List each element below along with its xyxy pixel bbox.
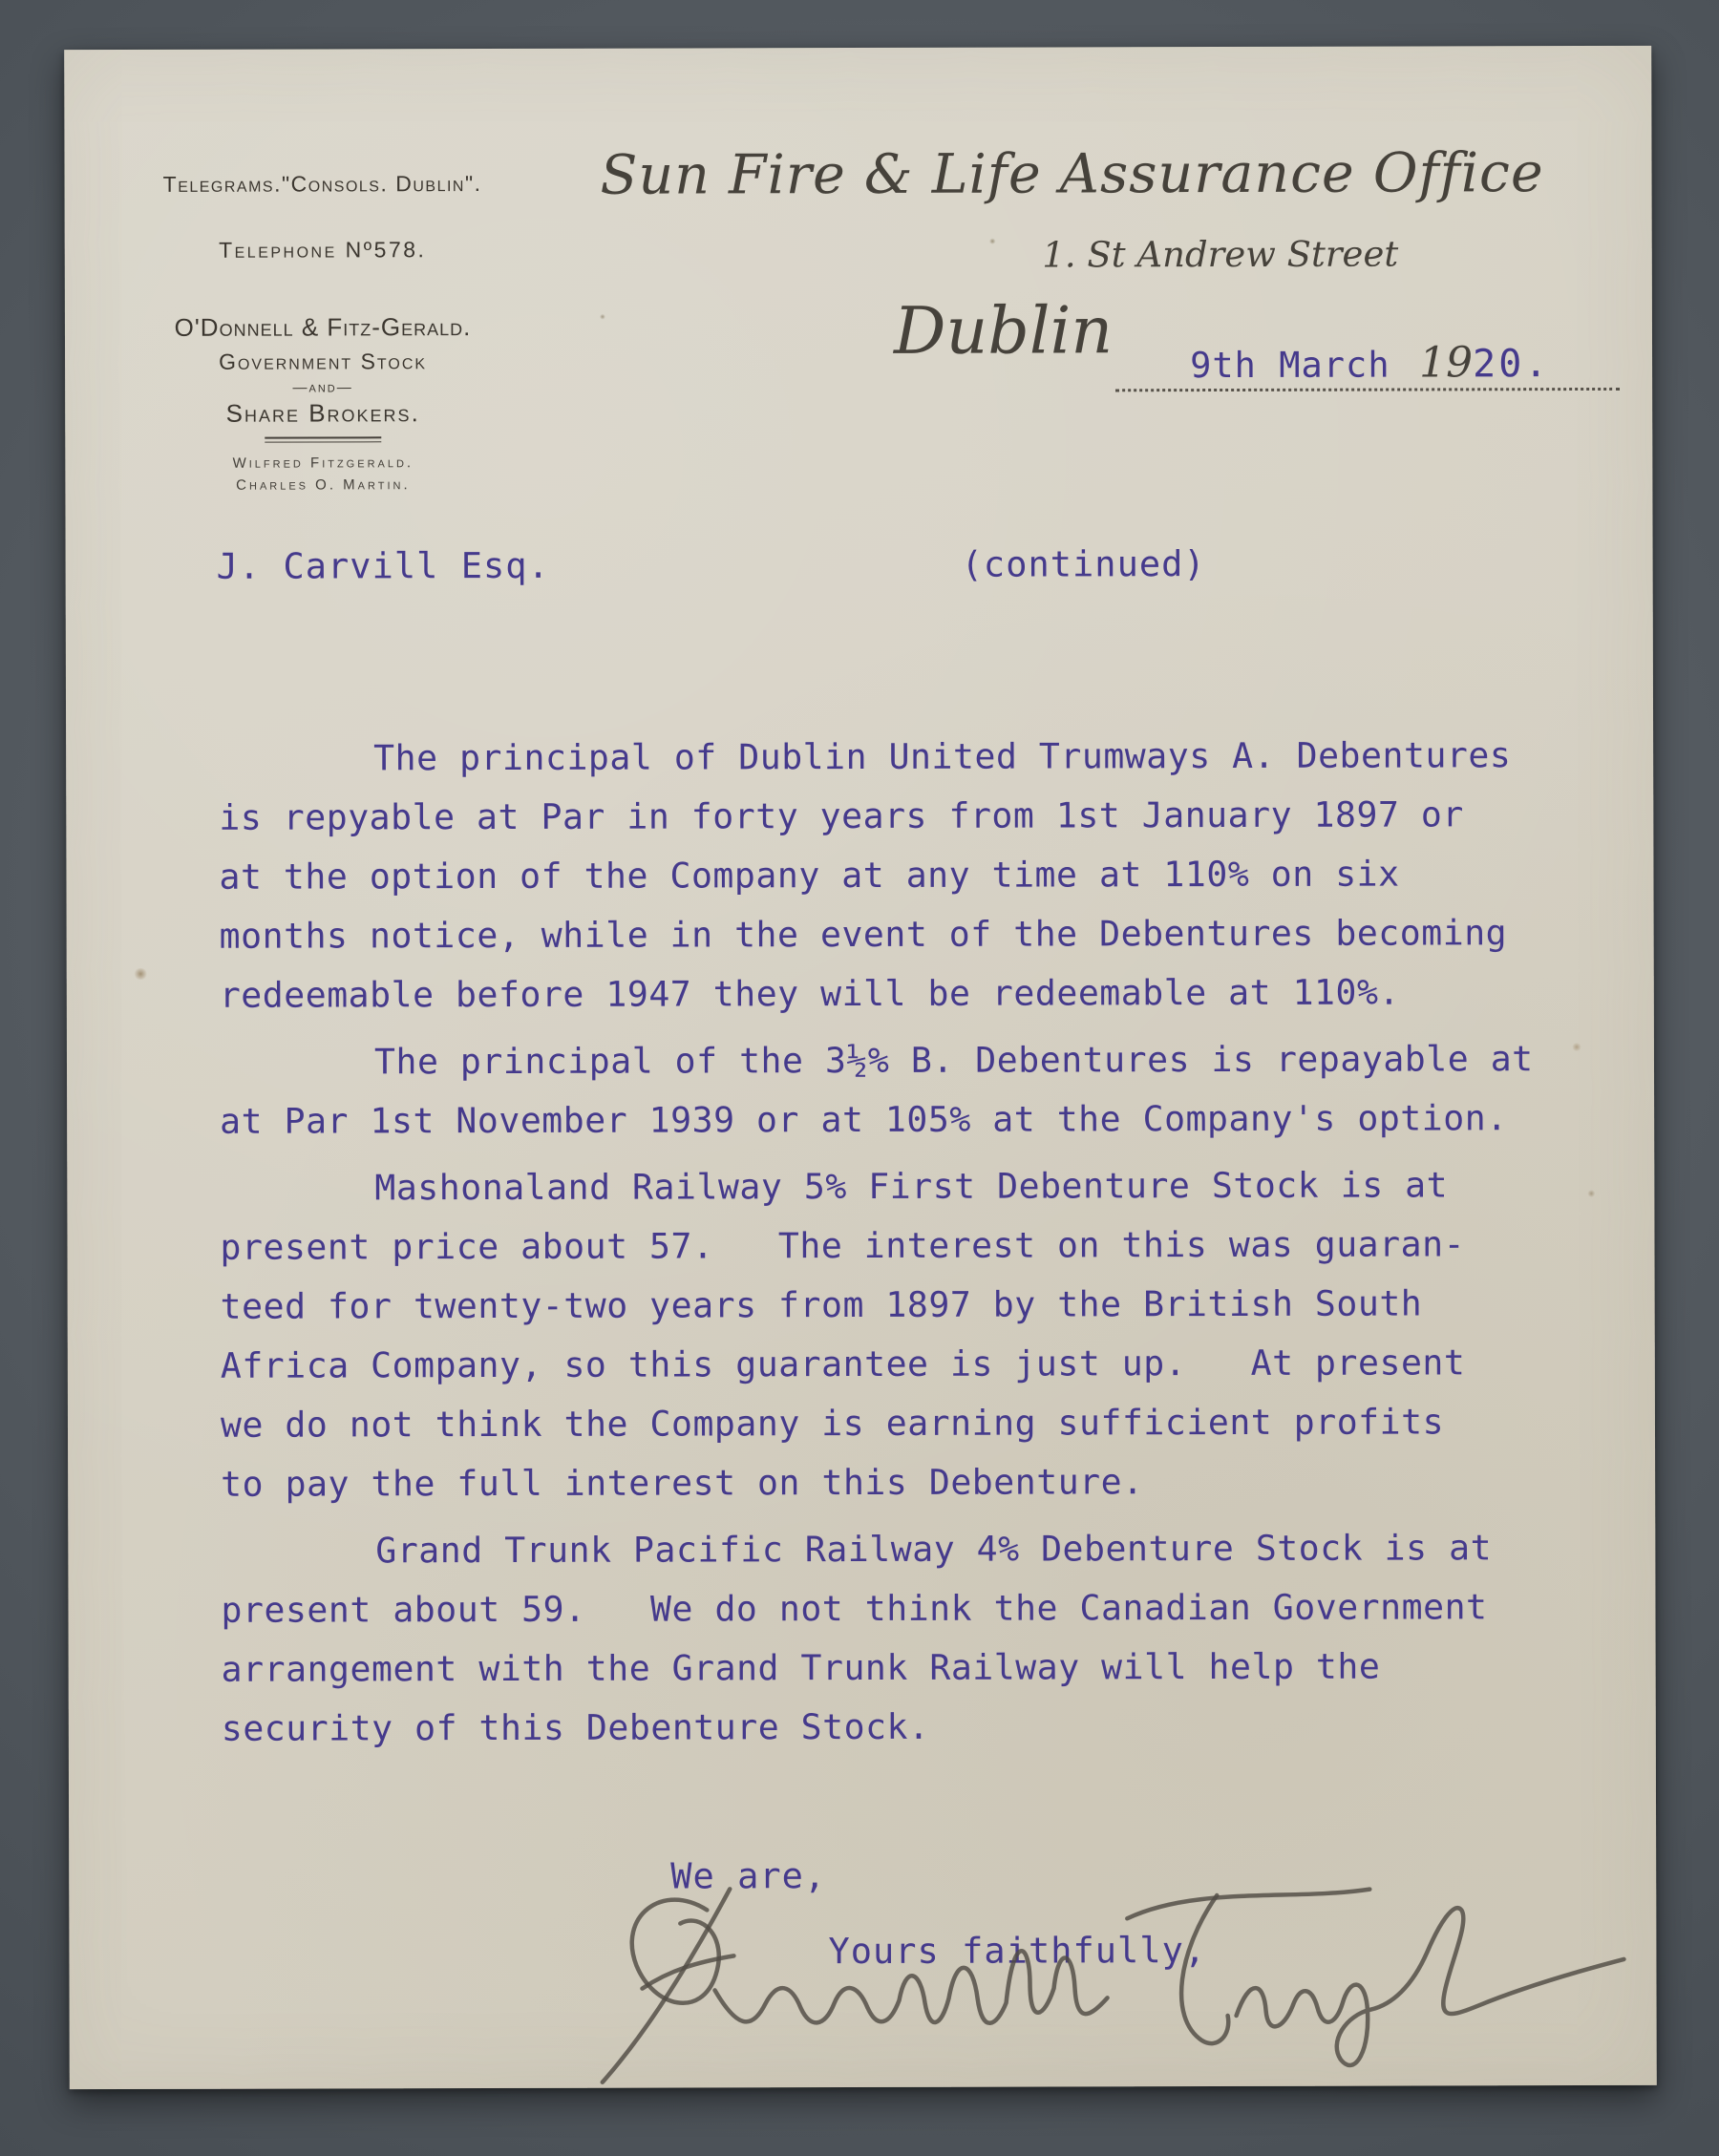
- typed-date: 9th March: [1190, 345, 1390, 387]
- office-name: Sun Fire & Life Assurance Office: [599, 141, 1544, 207]
- letter-paper: Telegrams."Consols. Dublin". Telephone N…: [64, 46, 1657, 2089]
- body-line: security of this Debenture Stock.: [222, 1696, 1506, 1759]
- business-line-and: —and—: [156, 379, 490, 396]
- letterhead-block: Telegrams."Consols. Dublin". Telephone N…: [156, 171, 491, 494]
- paper-stain: [1587, 1190, 1595, 1197]
- body-line: present price about 57. The interest on …: [220, 1215, 1504, 1278]
- body-line: Africa Company, so this guarantee is jus…: [221, 1333, 1505, 1396]
- paragraph: Mashonaland Railway 5% First Debenture S…: [220, 1155, 1505, 1514]
- body-line: at Par 1st November 1939 or at 105% at t…: [220, 1089, 1504, 1152]
- body-line: arrangement with the Grand Trunk Railway…: [222, 1637, 1506, 1700]
- body-line: at the option of the Company at any time…: [219, 844, 1503, 907]
- paper-stain: [1572, 1043, 1581, 1051]
- letterhead-rule: [265, 436, 381, 442]
- partner-name-2: Charles O. Martin.: [156, 476, 490, 494]
- city-script: Dublin: [894, 293, 1113, 370]
- partner-name-1: Wilfred Fitzgerald.: [156, 454, 490, 472]
- body-line: months notice, while in the event of the…: [220, 903, 1504, 966]
- body-line: to pay the full interest on this Debentu…: [221, 1451, 1505, 1514]
- body-line: teed for twenty-two years from 1897 by t…: [221, 1274, 1505, 1337]
- continued-note: (continued): [962, 543, 1206, 585]
- paragraph: The principal of the 3½% B. Debentures i…: [220, 1029, 1504, 1152]
- body-line: The principal of the 3½% B. Debentures i…: [220, 1029, 1504, 1092]
- body-line: Mashonaland Railway 5% First Debenture S…: [220, 1155, 1504, 1218]
- signature-scribble: [546, 1871, 1693, 2123]
- paragraph: Grand Trunk Pacific Railway 4% Debenture…: [221, 1518, 1506, 1759]
- paper-stain: [600, 314, 605, 320]
- paper-stain: [134, 968, 148, 980]
- telephone-line: Telephone Nº578.: [156, 237, 490, 264]
- year-printed-19: 19: [1419, 338, 1473, 387]
- business-line-share-brokers: Share Brokers.: [156, 398, 490, 429]
- body-line: present about 59. We do not think the Ca…: [221, 1577, 1505, 1640]
- body-line: The principal of Dublin United Trumways …: [219, 726, 1503, 789]
- letter-body: The principal of Dublin United Trumways …: [219, 726, 1506, 1759]
- year-typed-20: 20.: [1473, 342, 1550, 386]
- telegrams-line: Telegrams."Consols. Dublin".: [156, 171, 490, 198]
- business-line-government-stock: Government Stock: [156, 349, 490, 375]
- body-line: is repyable at Par in forty years from 1…: [219, 785, 1503, 848]
- year-group: 1920.: [1419, 338, 1550, 387]
- recipient-line: J. Carvill Esq.: [217, 545, 550, 587]
- firm-name: O'Donnell & Fitz-Gerald.: [156, 312, 490, 343]
- body-line: redeemable before 1947 they will be rede…: [220, 962, 1504, 1025]
- paragraph: The principal of Dublin United Trumways …: [219, 726, 1504, 1025]
- body-line: Grand Trunk Pacific Railway 4% Debenture…: [221, 1518, 1505, 1581]
- paper-stain: [989, 239, 996, 244]
- scanned-letter-page: { "page": { "background_color": "#565c62…: [0, 0, 1719, 2156]
- office-address: 1. St Andrew Street: [1029, 233, 1411, 275]
- body-line: we do not think the Company is earning s…: [221, 1392, 1505, 1455]
